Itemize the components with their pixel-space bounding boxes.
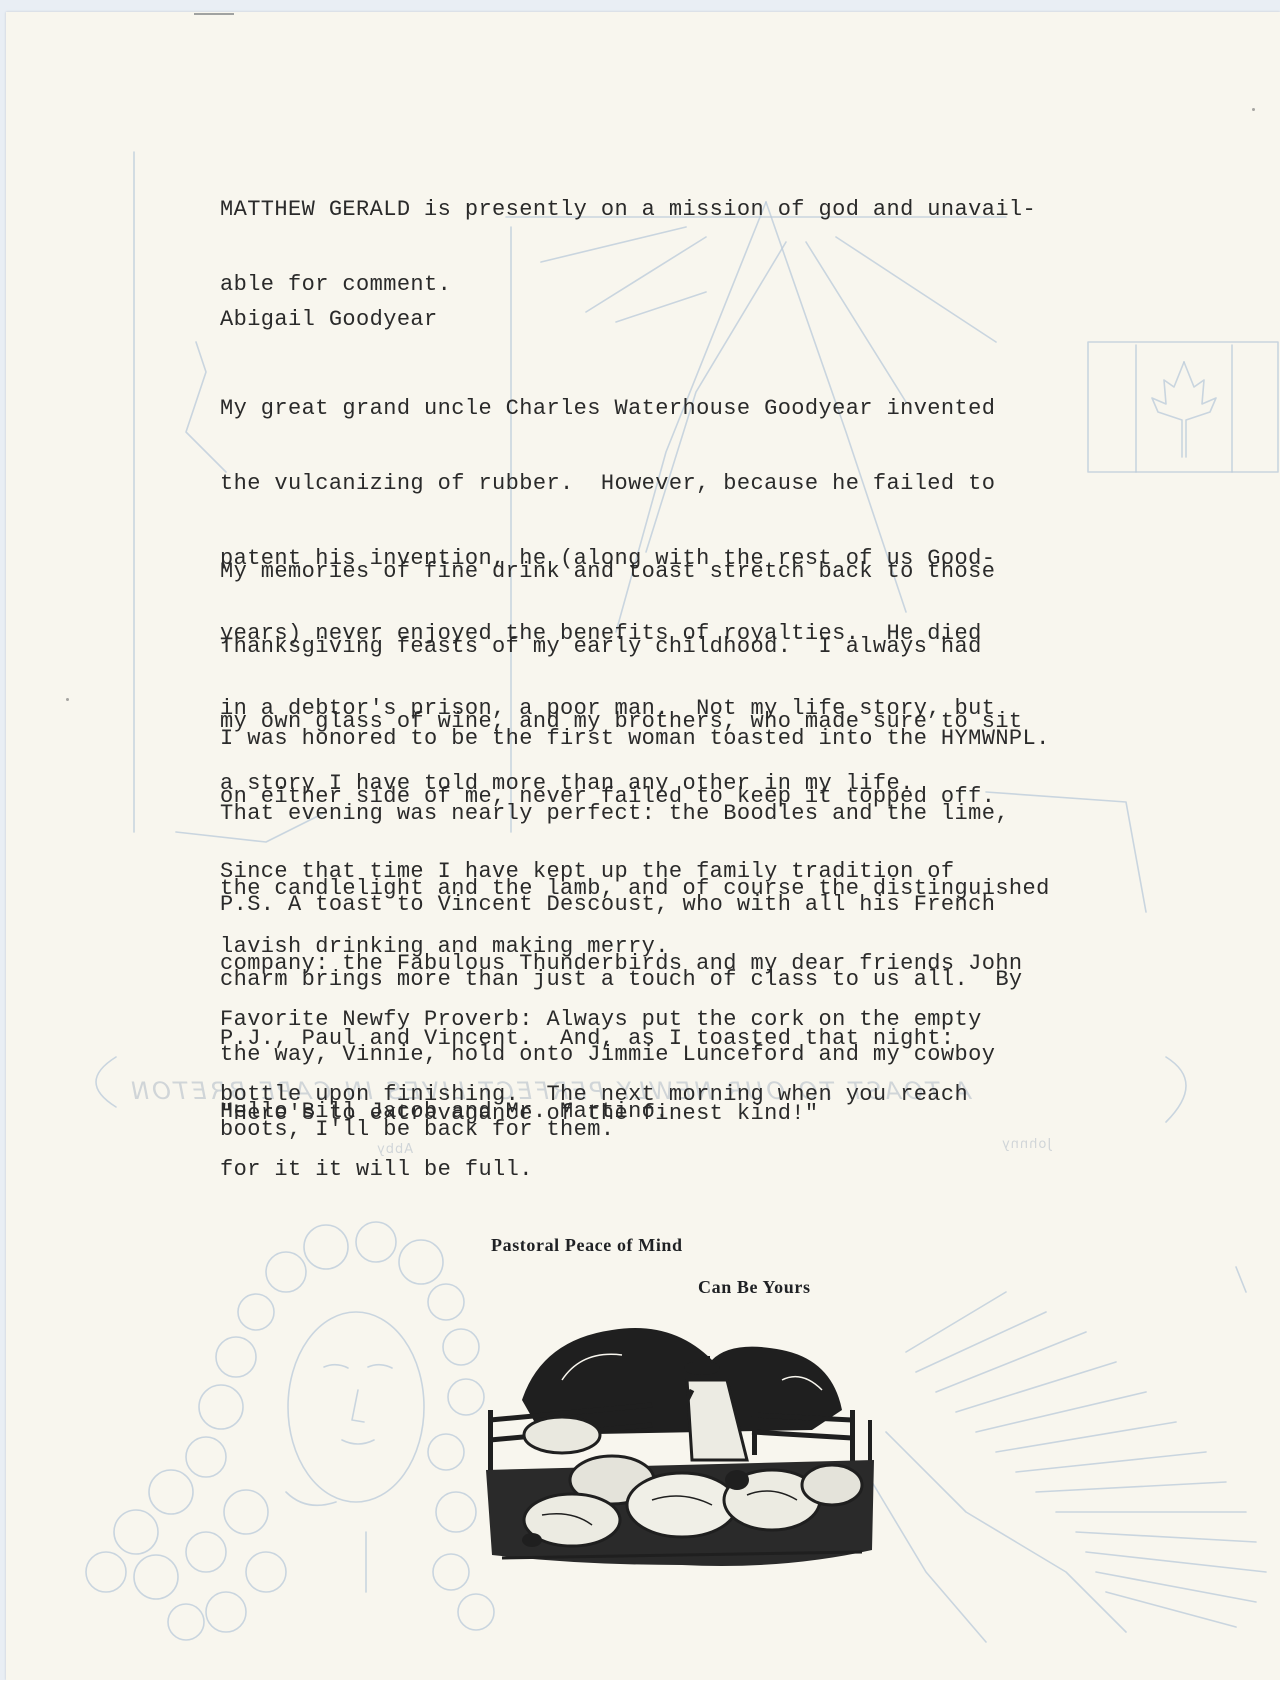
text-line: able for comment.	[220, 272, 1036, 297]
text-line: That evening was nearly perfect: the Boo…	[220, 801, 1050, 826]
paper-speck	[66, 698, 69, 701]
text-line: MATTHEW GERALD is presently on a mission…	[220, 197, 1036, 222]
scanner-background	[0, 1680, 1280, 1705]
paper-speck	[1252, 108, 1255, 111]
text-line: My memories of fine drink and toast stre…	[220, 559, 1023, 584]
paper-mark	[194, 13, 234, 15]
text-line: I was honored to be the first woman toas…	[220, 726, 1050, 751]
text-line: Thanksgiving feasts of my early childhoo…	[220, 634, 1023, 659]
ad-headline: Pastoral Peace of Mind	[491, 1235, 683, 1256]
paragraph-greeting: Hello Bill Jacob and Mr. Martino.	[220, 1049, 669, 1174]
shepherd-sheep-woodcut-image	[482, 1320, 878, 1570]
text-line: P.S. A toast to Vincent Descoust, who wi…	[220, 892, 1023, 917]
text-line: Hello Bill Jacob and Mr. Martino.	[220, 1099, 669, 1124]
text-line: My great grand uncle Charles Waterhouse …	[220, 396, 995, 421]
text-line: the vulcanizing of rubber. However, beca…	[220, 471, 995, 496]
document-page: A toast to our newly perfect lives in Ca…	[6, 12, 1280, 1680]
text-line: Favorite Newfy Proverb: Always put the c…	[220, 1007, 982, 1032]
author-name: Abigail Goodyear	[220, 307, 438, 332]
ad-subheadline: Can Be Yours	[698, 1277, 811, 1298]
